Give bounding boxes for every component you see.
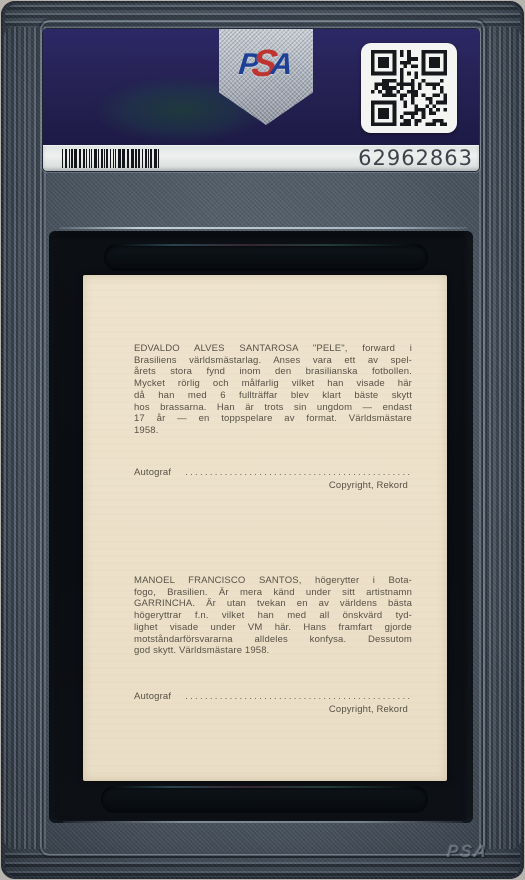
qr-code-icon xyxy=(361,43,457,133)
autograf-label: Autograf xyxy=(134,467,171,479)
psa-slab-photo: P S A 62962863 EDVALDO ALVES SANTAROSA "… xyxy=(0,0,525,880)
slab-right-rail xyxy=(479,27,521,849)
barcode-icon xyxy=(62,149,160,168)
slab-shell: P S A 62962863 EDVALDO ALVES SANTAROSA "… xyxy=(1,1,524,879)
cert-number: 62962863 xyxy=(358,145,473,171)
description-line: 1958. xyxy=(134,425,412,437)
description-line: lighet visade under VM här. Hans framfar… xyxy=(134,622,412,634)
description-line: EDVALDO ALVES SANTAROSA "PELE", forward … xyxy=(134,343,412,355)
description-line: 17 år — en toppspelare av format. Världs… xyxy=(134,413,412,425)
card-mount: EDVALDO ALVES SANTAROSA "PELE", forward … xyxy=(49,231,473,823)
description-line: högeryttrar f.n. vilket han med all önsk… xyxy=(134,610,412,622)
description-line: årets stora fynd inom den brasilianska f… xyxy=(134,366,412,378)
mount-bottom-glint xyxy=(63,821,463,823)
player2-description: MANOEL FRANCISCO SANTOS, högerytter i Bo… xyxy=(134,575,412,657)
description-line: Mycket rörlig och målfarlig vilket han v… xyxy=(134,378,412,390)
copyright-text: Copyright, Rekord xyxy=(134,480,412,492)
mount-top-glint xyxy=(59,227,467,229)
autograf-dotted-line: ........................................… xyxy=(185,691,412,703)
autograph-section-1: Autograf ...............................… xyxy=(134,467,412,491)
description-line: hos brassarna. Han är trots sin ungdom —… xyxy=(134,402,412,414)
autograf-label: Autograf xyxy=(134,691,171,703)
autograf-dotted-line: ........................................… xyxy=(185,467,412,479)
description-line: god skytt. Världsmästare 1958. xyxy=(134,645,412,657)
description-line: GARRINCHA. Är utan tvekan en av världens… xyxy=(134,598,412,610)
psa-cert-label: P S A 62962863 xyxy=(43,29,479,171)
description-line: fogo, Brasilien. Är mera känd under sitt… xyxy=(134,587,412,599)
description-line: då han med 6 fullträffar blev klart bäst… xyxy=(134,390,412,402)
description-line: Brasiliens världsmästarlag. Anses vara e… xyxy=(134,355,412,367)
psa-embossed-logo: PSA xyxy=(446,842,489,862)
player1-description: EDVALDO ALVES SANTAROSA "PELE", forward … xyxy=(134,343,412,437)
mount-slot-top xyxy=(104,244,428,271)
autograph-line: Autograf ...............................… xyxy=(134,691,412,703)
copyright-text: Copyright, Rekord xyxy=(134,704,412,716)
description-line: motståndarförsvararna alldeles konfysa. … xyxy=(134,634,412,646)
description-line: MANOEL FRANCISCO SANTOS, högerytter i Bo… xyxy=(134,575,412,587)
cert-label-top: P S A xyxy=(43,29,479,145)
autograph-section-2: Autograf ...............................… xyxy=(134,691,412,715)
autograph-line: Autograf ...............................… xyxy=(134,467,412,479)
brand-letter-a: A xyxy=(269,50,294,80)
label-barcode-strip: 62962863 xyxy=(43,145,479,171)
card-back: EDVALDO ALVES SANTAROSA "PELE", forward … xyxy=(83,275,447,781)
mount-slot-bottom xyxy=(101,786,428,813)
